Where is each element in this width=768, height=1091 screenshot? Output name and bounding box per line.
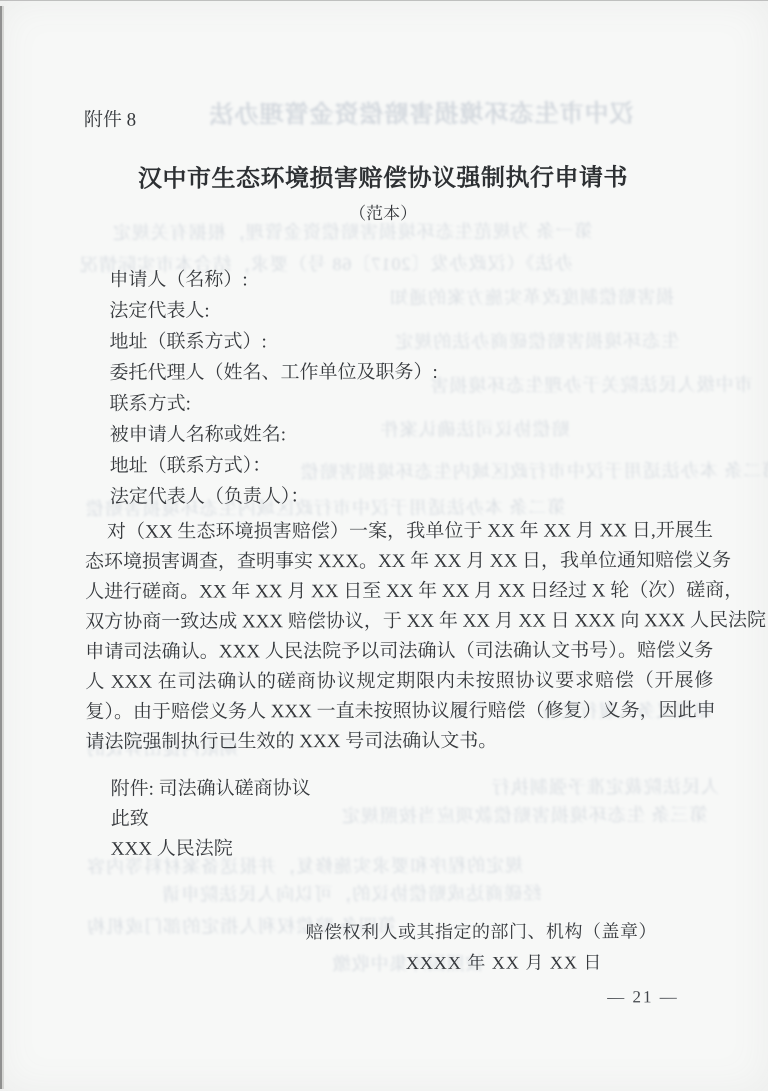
body-line: 对（XX 生态环境损害赔偿）一案，我单位于 XX 年 XX 月 XX 日,开展生 — [85, 516, 713, 548]
body-paragraph: 对（XX 生态环境损害赔偿）一案，我单位于 XX 年 XX 月 XX 日,开展生… — [85, 516, 714, 758]
body-line: 申请司法确认。XXX 人民法院予以司法确认（司法确认文书号）。赔偿义务 — [85, 636, 713, 668]
signature-date: XXXX 年 XX 月 XX 日 — [341, 948, 667, 975]
salutation: 此致 — [111, 804, 149, 831]
court-name: XXX 人民法院 — [111, 833, 233, 860]
field-address-contact: 地址（联系方式）: — [109, 326, 437, 358]
body-line: 态环境损害调查，查明事实 XXX。XX 年 XX 月 XX 日，我单位通知赔偿义… — [85, 546, 713, 578]
field-respondent-name: 被申请人名称或姓名: — [110, 419, 438, 451]
body-line: 复）。由于赔偿义务人 XXX 一直未按照协议履行赔偿（修复）义务，因此申 — [85, 696, 713, 728]
document-subtitle: （范本） — [0, 198, 767, 225]
field-respondent-legal-rep: 法定代表人（负责人）： — [110, 481, 438, 513]
document-title: 汉中市生态环境损害赔偿协议强制执行申请书 — [0, 157, 767, 194]
body-line: 人 XXX 在司法确认的磋商协议规定期限内未按照协议要求赔偿（开展修 — [85, 666, 713, 698]
field-contact-method: 联系方式: — [110, 388, 438, 420]
document-content: 附件 8 汉中市生态环境损害赔偿协议强制执行申请书 （范本） 申请人（名称）: … — [0, 0, 768, 1091]
field-legal-representative: 法定代表人: — [109, 295, 437, 327]
field-entrusted-agent: 委托代理人（姓名、工作单位及职务）: — [110, 357, 438, 389]
body-line: 双方协商一致达成 XXX 赔偿协议，于 XX 年 XX 月 XX 日 XXX 向… — [85, 606, 713, 638]
scanned-document-page: 汉中市生态环境损害赔偿资金管理办法 第一条 为规范生态环境损害赔偿资金管理，根据… — [0, 0, 768, 1091]
body-line: 请法院强制执行已生效的 XXX 号司法确认文书。 — [85, 726, 713, 758]
attachment-label: 附件 8 — [84, 105, 136, 132]
field-respondent-address: 地址（联系方式）： — [110, 450, 438, 482]
attachment-note: 附件: 司法确认磋商协议 — [111, 773, 311, 801]
page-number: — 21 — — [607, 987, 679, 1007]
body-line: 人进行磋商。XX 年 XX 月 XX 日至 XX 年 XX 月 XX 日经过 X… — [85, 576, 713, 608]
field-applicant-name: 申请人（名称）: — [109, 264, 437, 296]
form-fields: 申请人（名称）: 法定代表人: 地址（联系方式）: 委托代理人（姓名、工作单位及… — [109, 264, 438, 513]
signature-line: 赔偿权利人或其指定的部门、机构（盖章） — [305, 917, 657, 944]
